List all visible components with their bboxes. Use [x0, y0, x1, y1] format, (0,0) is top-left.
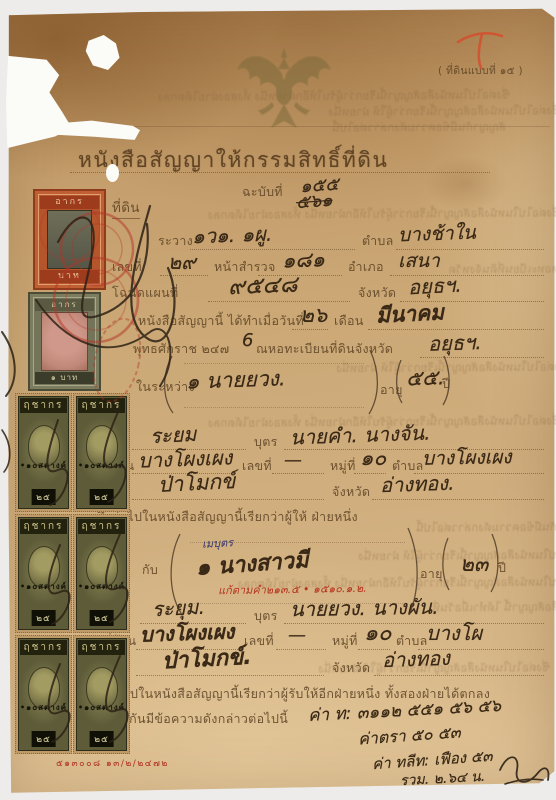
title-deed-label: โฉนดแผนที่	[112, 283, 178, 303]
stamp-header-text: ฤชากร	[78, 398, 125, 413]
stamp-value-tablet: ๒๕	[31, 731, 56, 747]
party2-years-label: ปี	[498, 558, 506, 578]
stamp-overprint: •๑๐สตางค์	[77, 580, 126, 593]
party1-mu-label: หมู่ที่	[330, 456, 356, 476]
stamp-band-text: อากร	[35, 299, 94, 311]
party1-name: ๑ นายยวง.	[185, 362, 286, 398]
red-serial-number: ๕๑๓๐๐๘ ๑๓/๒/๒๔๗๒	[56, 756, 169, 770]
party2-child-label: บุตร	[254, 606, 278, 626]
stamp-overprint: •๑๐สตางค์	[19, 701, 68, 714]
stamp-value-tablet: ๒๕	[89, 489, 114, 505]
revenue-stamp-orange: อากร บาท	[33, 189, 106, 290]
party2-mu-label: หมู่ที่	[332, 631, 358, 651]
stamp-overprint: •๑๐สตางค์	[77, 459, 126, 472]
stamp-value-tablet: ๒๕	[89, 610, 114, 626]
stamp-value-tablet: ๒๕	[31, 610, 56, 626]
stamp-header-text: ฤชากร	[20, 640, 67, 655]
stamp-value-text: ๑ บาท	[35, 372, 94, 384]
stamp-value-text: บาท	[40, 270, 99, 283]
stamp-vignette	[47, 210, 92, 269]
party1-houseno-label: เลขที่	[242, 456, 272, 476]
stamp-header-text: ฤชากร	[20, 398, 67, 413]
month-label: เดือน	[334, 311, 364, 331]
stamp-overprint: •๑๐สตางค์	[19, 459, 68, 472]
district-label: อำเภอ	[348, 257, 384, 277]
party2-changwat-label: จังหวัด	[332, 658, 370, 678]
party1-age-value: ๕๕.	[405, 361, 445, 395]
bleed-through-text: ซึ่งต่อไปในหนังสือสัญญานี้เรียกว่าผู้รับ…	[120, 204, 556, 225]
stamp-vignette	[41, 312, 88, 371]
party2-age-value: ๒๓	[460, 548, 488, 581]
party2-amphoe: ป่าโมกข์.	[161, 639, 252, 679]
party2-blue-annotation: เมบุตร	[202, 533, 234, 553]
party1-houseno: —	[284, 450, 302, 471]
form-reference: ( ที่ดินแบบที่ ๑๕ )	[438, 62, 523, 79]
party2-changwat: อ่างทอง	[381, 642, 450, 676]
stamp-header-text: ฤชากร	[78, 640, 125, 655]
parcel-number-label: เลขที่	[112, 257, 142, 277]
stamp-overprint: •๑๐สตางค์	[19, 580, 68, 593]
stamp-header-text: ฤชากร	[20, 519, 67, 534]
copy-number-old: ๕๖๑	[295, 185, 333, 216]
day-value: ๒๖	[300, 299, 327, 332]
stamp-value-tablet: ๒๕	[89, 731, 114, 747]
party2-red-correction: แก้ตามคำ๒๑๓.๕ • ๑๕๑๐.๑.๒.	[218, 579, 367, 600]
subdistrict-label: ตำบล	[362, 231, 394, 251]
with-label: กับ	[142, 560, 158, 580]
section-heading: ที่ดิน	[112, 196, 140, 219]
document-title: หนังสือสัญญาให้กรรมสิทธิ์ที่ดิน	[78, 144, 388, 177]
registry-label: ณหอทะเบียนที่ดินจังหวัด	[256, 339, 393, 359]
survey-sheet-value: ๑ว๑. ๑ผู.	[191, 218, 272, 253]
party1-amphoe: ป่าโมกข์	[157, 465, 236, 502]
party2-age-label: อายุ	[420, 564, 443, 584]
copy-number-label: ฉะบับที่	[242, 182, 283, 202]
judicial-stamp: ฤชากร•๑๐สตางค์๒๕	[15, 514, 72, 633]
party1-child-label: บุตร	[254, 432, 278, 452]
judicial-stamp: ฤชากร•๑๐สตางค์๒๕	[15, 393, 72, 512]
made-on-label: หนังสือสัญญานี้ ได้ทำเมื่อวันที่	[138, 311, 304, 331]
party1-age-label: อายุ	[380, 380, 403, 400]
stamp-value-tablet: ๒๕	[31, 489, 56, 505]
era-label: พุทธศักราช ๒๔๗	[133, 339, 230, 359]
era-digit: 6	[242, 330, 253, 351]
registry-value: อยุธฯ.	[427, 326, 482, 360]
stamp-header-text: ฤชากร	[78, 519, 125, 534]
parcel-number-value: ๒๙	[168, 246, 196, 278]
party1-changwat-label: จังหวัด	[332, 482, 370, 502]
party2-houseno: —	[288, 625, 306, 646]
judicial-stamp: ฤชากร•๑๐สตางค์๒๕	[73, 514, 130, 633]
title-deed-value: ๙๕๔๘	[227, 267, 298, 305]
judicial-stamp: ฤชากร•๑๐สตางค์๒๕	[15, 635, 72, 754]
judicial-stamp: ฤชากร•๑๐สตางค์๒๕	[73, 635, 130, 754]
revenue-stamp-pink: อากร ๑ บาท	[28, 292, 101, 391]
party1-changwat: อ่างทอง.	[379, 467, 454, 502]
judicial-stamp: ฤชากร•๑๐สตางค์๒๕	[73, 393, 130, 512]
scanned-land-deed-document: ซึ่งต่อไปในหนังสือสัญญานี้เรียกว่าผู้รับ…	[0, 0, 556, 800]
fee-calc-total: รวม. ๒.๖๔ น.	[399, 766, 485, 792]
stamp-band-text: อากร	[40, 196, 99, 209]
party1-clause: ซึ่งต่อไปในหนังสือสัญญานี้เรียกว่าผู้ให้…	[96, 507, 358, 527]
stamp-overprint: •๑๐สตางค์	[77, 701, 126, 714]
paper-tear	[106, 164, 119, 182]
